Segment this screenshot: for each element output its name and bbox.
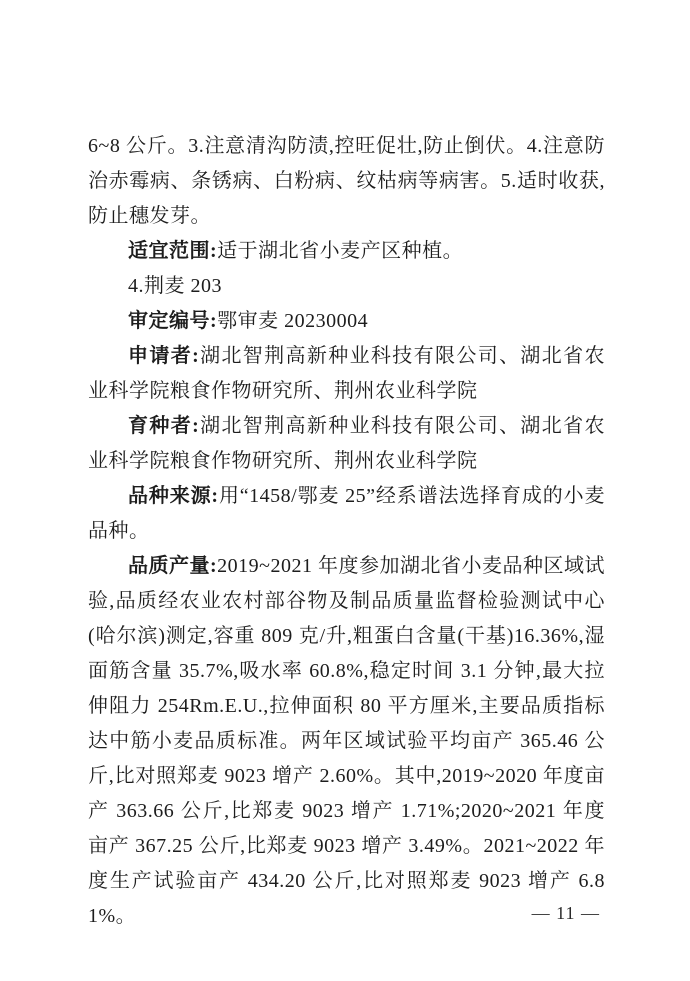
document-page: 6~8 公斤。3.注意清沟防渍,控旺促壮,防止倒伏。4.注意防治赤霉病、条锈病、… — [0, 0, 690, 981]
text-run: 2019~2021 年度参加湖北省小麦品种区域试验,品质经农业农村部谷物及制品质… — [88, 555, 605, 927]
field-label: 审定编号: — [128, 310, 217, 332]
paragraph: 6~8 公斤。3.注意清沟防渍,控旺促壮,防止倒伏。4.注意防治赤霉病、条锈病、… — [88, 129, 605, 234]
field-label: 品种来源: — [128, 485, 219, 507]
field-label: 品质产量: — [128, 555, 217, 577]
text-run: 4.荆麦 203 — [128, 275, 222, 297]
text-block: 6~8 公斤。3.注意清沟防渍,控旺促壮,防止倒伏。4.注意防治赤霉病、条锈病、… — [88, 129, 605, 934]
paragraph: 育种者:湖北智荆高新种业科技有限公司、湖北省农业科学院粮食作物研究所、荆州农业科… — [88, 409, 605, 479]
page-number: — 11 — — [532, 901, 600, 925]
paragraph: 4.荆麦 203 — [88, 269, 605, 304]
text-run: 6~8 公斤。3.注意清沟防渍,控旺促壮,防止倒伏。4.注意防治赤霉病、条锈病、… — [88, 135, 605, 227]
text-run: 适于湖北省小麦产区种植。 — [217, 240, 463, 262]
paragraph: 申请者:湖北智荆高新种业科技有限公司、湖北省农业科学院粮食作物研究所、荆州农业科… — [88, 339, 605, 409]
paragraph: 品质产量:2019~2021 年度参加湖北省小麦品种区域试验,品质经农业农村部谷… — [88, 549, 605, 934]
text-run: 鄂审麦 20230004 — [217, 310, 368, 332]
field-label: 适宜范围: — [128, 240, 217, 262]
field-label: 育种者: — [128, 415, 199, 437]
paragraph: 适宜范围:适于湖北省小麦产区种植。 — [88, 234, 605, 269]
paragraph: 审定编号:鄂审麦 20230004 — [88, 304, 605, 339]
field-label: 申请者: — [128, 345, 199, 367]
paragraph: 品种来源:用“1458/鄂麦 25”经系谱法选择育成的小麦品种。 — [88, 479, 605, 549]
